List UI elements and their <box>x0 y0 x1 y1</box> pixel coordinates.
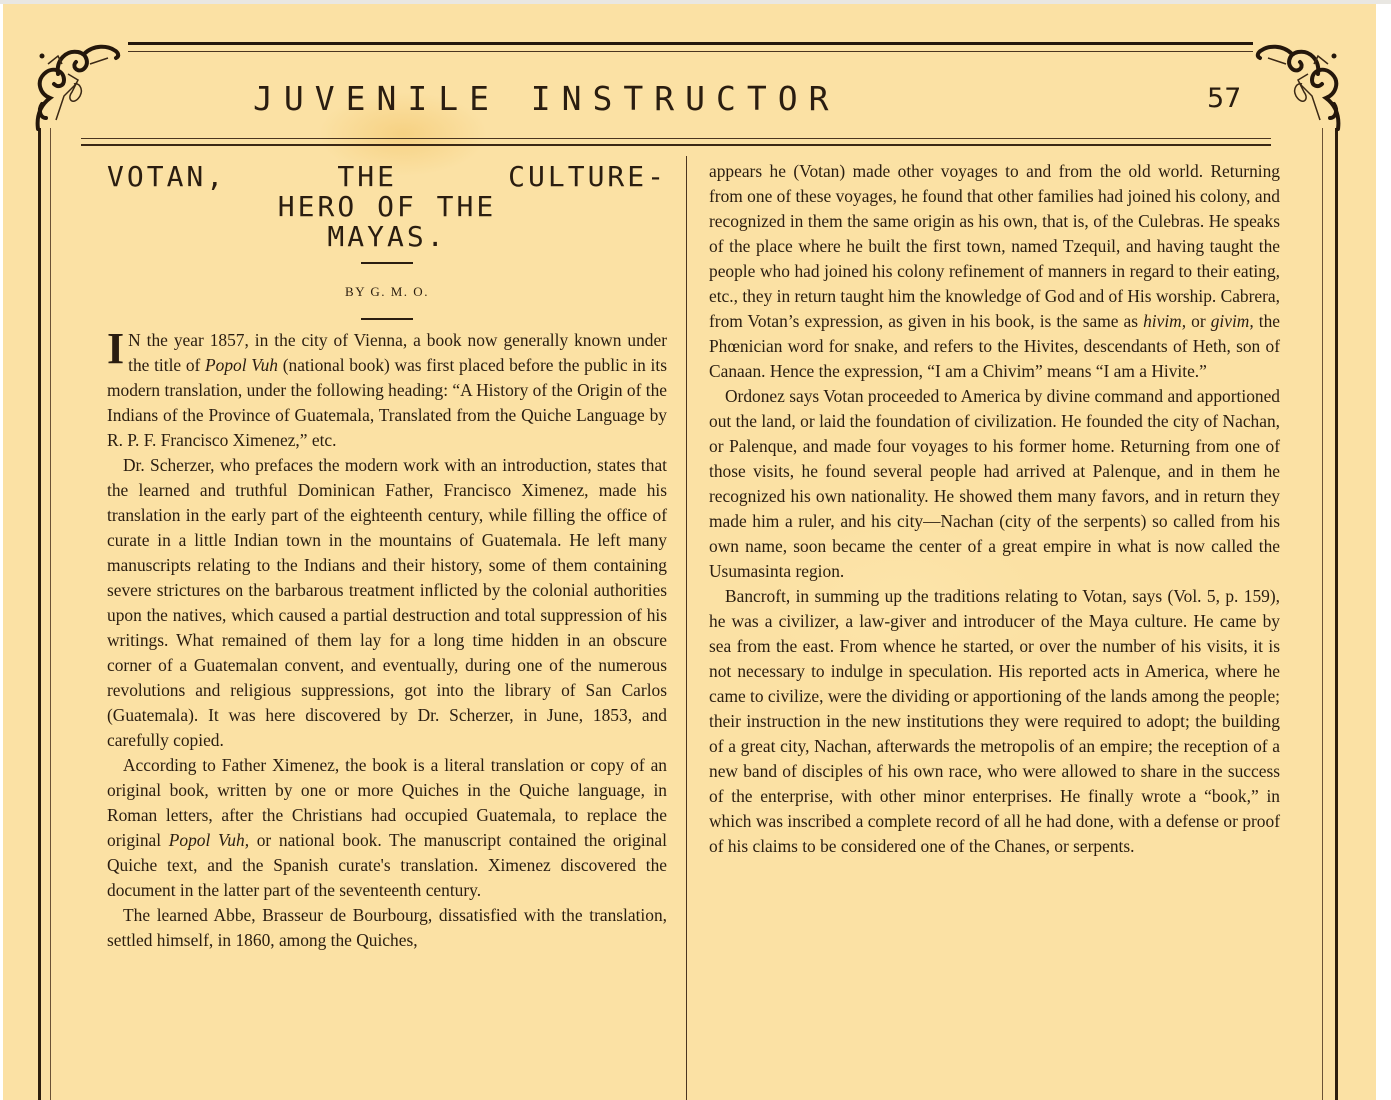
italic-word: hivim, <box>1143 311 1186 331</box>
byline-divider-rule <box>361 318 413 320</box>
paragraph: Bancroft, in summing up the traditions r… <box>709 584 1280 859</box>
title-divider-rule <box>361 262 413 264</box>
top-border-thick-rule <box>128 42 1253 45</box>
paragraph: The learned Abbe, Brasseur de Bourbourg,… <box>107 903 667 953</box>
paragraph-text: or <box>1186 311 1211 331</box>
article-title-line: VOTAN, THE CULTURE- <box>107 162 667 192</box>
left-border-thin-rule <box>50 128 51 1100</box>
italic-title: Popol Vuh <box>205 355 278 375</box>
right-column: appears he (Votan) made other voyages to… <box>709 159 1280 859</box>
header-underline-rule-double <box>81 144 1271 146</box>
top-border-thin-rule <box>128 51 1253 52</box>
paragraph: IN the year 1857, in the city of Vienna,… <box>107 328 667 453</box>
left-column: VOTAN, THE CULTURE- HERO OF THE MAYAS. B… <box>107 156 667 953</box>
drop-cap: I <box>107 330 124 368</box>
paragraph: Dr. Scherzer, who prefaces the modern wo… <box>107 453 667 753</box>
article-title: VOTAN, THE CULTURE- HERO OF THE MAYAS. <box>107 162 667 252</box>
byline: BY G. M. O. <box>107 284 667 300</box>
column-divider <box>686 156 687 1100</box>
paragraph: Ordonez says Votan proceeded to America … <box>709 384 1280 584</box>
masthead-title: JUVENILE INSTRUCTOR <box>253 80 1033 118</box>
italic-word: givim, <box>1211 311 1254 331</box>
paragraph: According to Father Ximenez, the book is… <box>107 753 667 903</box>
header-underline-rule <box>81 138 1271 139</box>
article-title-line: MAYAS. <box>107 222 667 252</box>
italic-title: Popol Vuh, <box>169 830 249 850</box>
paragraph-text: appears he (Votan) made other voyages to… <box>709 161 1280 331</box>
right-border-thin-rule <box>1322 128 1323 1100</box>
ornamental-corner-right-icon <box>1248 34 1348 134</box>
ornamental-corner-left-icon <box>28 34 128 134</box>
paragraph-continued: appears he (Votan) made other voyages to… <box>709 159 1280 384</box>
right-border-thick-rule <box>1335 128 1338 1100</box>
page-number: 57 <box>1207 82 1241 116</box>
article-title-line: HERO OF THE <box>107 192 667 222</box>
left-border-thick-rule <box>38 128 41 1100</box>
magazine-page: JUVENILE INSTRUCTOR 57 VOTAN, THE CULTUR… <box>3 4 1376 1100</box>
